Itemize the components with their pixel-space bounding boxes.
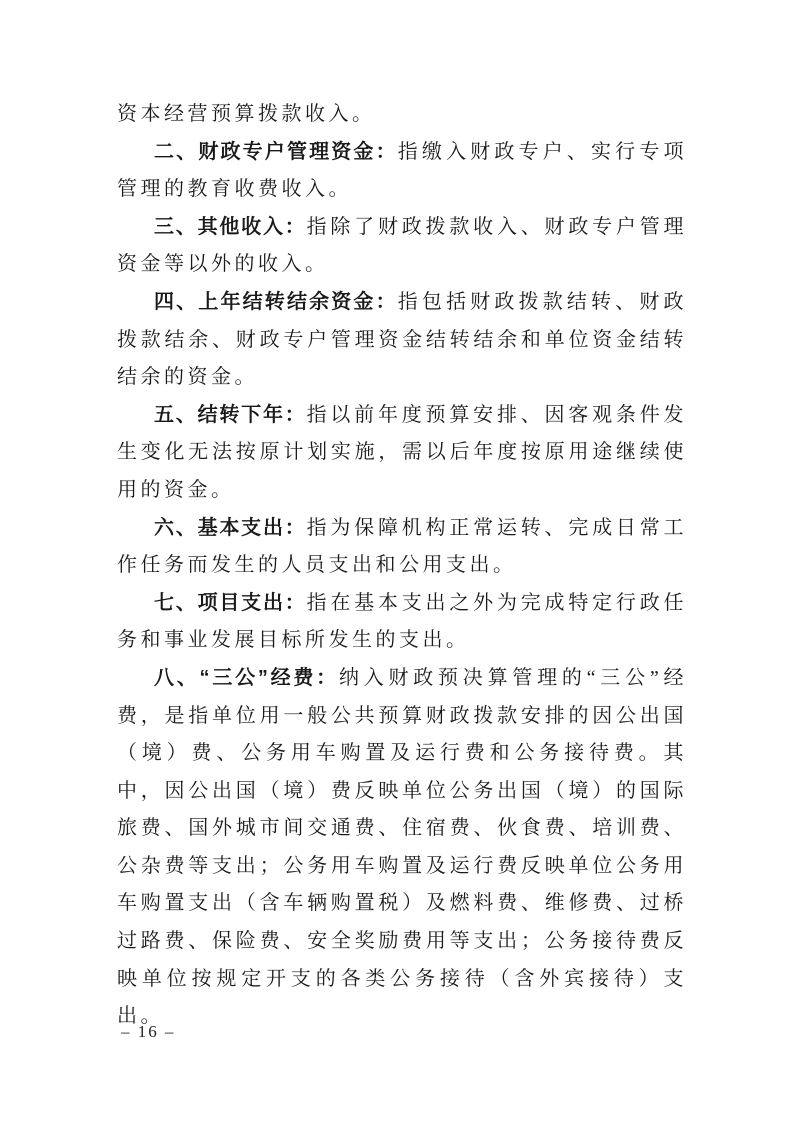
paragraph-heading: 三、其他收入： bbox=[154, 216, 307, 238]
paragraph-heading: 八、“三公”经费： bbox=[154, 667, 339, 689]
page-number: – 16 – bbox=[121, 1022, 176, 1042]
paragraph: 七、项目支出：指在基本支出之外为完成特定行政任务和事业发展目标所发生的支出。 bbox=[117, 585, 687, 660]
paragraph: 四、上年结转结余资金：指包括财政拨款结转、财政拨款结余、财政专户管理资金结转结余… bbox=[117, 284, 687, 397]
paragraph: 资本经营预算拨款收入。 bbox=[117, 96, 687, 134]
page-body-text: 资本经营预算拨款收入。 二、财政专户管理资金：指缴入财政专户、实行专项管理的教育… bbox=[117, 96, 687, 1036]
paragraph-heading: 四、上年结转结余资金： bbox=[154, 291, 398, 313]
paragraph-heading: 六、基本支出： bbox=[154, 517, 307, 539]
document-page: 资本经营预算拨款收入。 二、财政专户管理资金：指缴入财政专户、实行专项管理的教育… bbox=[0, 0, 800, 1131]
paragraph: 五、结转下年：指以前年度预算安排、因客观条件发生变化无法按原计划实施，需以后年度… bbox=[117, 397, 687, 510]
paragraph-heading: 五、结转下年： bbox=[154, 404, 307, 426]
paragraph-text: 资本经营预算拨款收入。 bbox=[117, 103, 376, 125]
paragraph-text: 纳入财政预决算管理的“三公”经费，是指单位用一般公共预算财政拨款安排的因公出国（… bbox=[117, 667, 687, 1027]
paragraph-heading: 二、财政专户管理资金： bbox=[154, 141, 398, 163]
paragraph: 六、基本支出：指为保障机构正常运转、完成日常工作任务而发生的人员支出和公用支出。 bbox=[117, 510, 687, 585]
paragraph-heading: 七、项目支出： bbox=[154, 592, 307, 614]
paragraph: 二、财政专户管理资金：指缴入财政专户、实行专项管理的教育收费收入。 bbox=[117, 134, 687, 209]
paragraph: 三、其他收入：指除了财政拨款收入、财政专户管理资金等以外的收入。 bbox=[117, 209, 687, 284]
paragraph: 八、“三公”经费：纳入财政预决算管理的“三公”经费，是指单位用一般公共预算财政拨… bbox=[117, 660, 687, 1036]
